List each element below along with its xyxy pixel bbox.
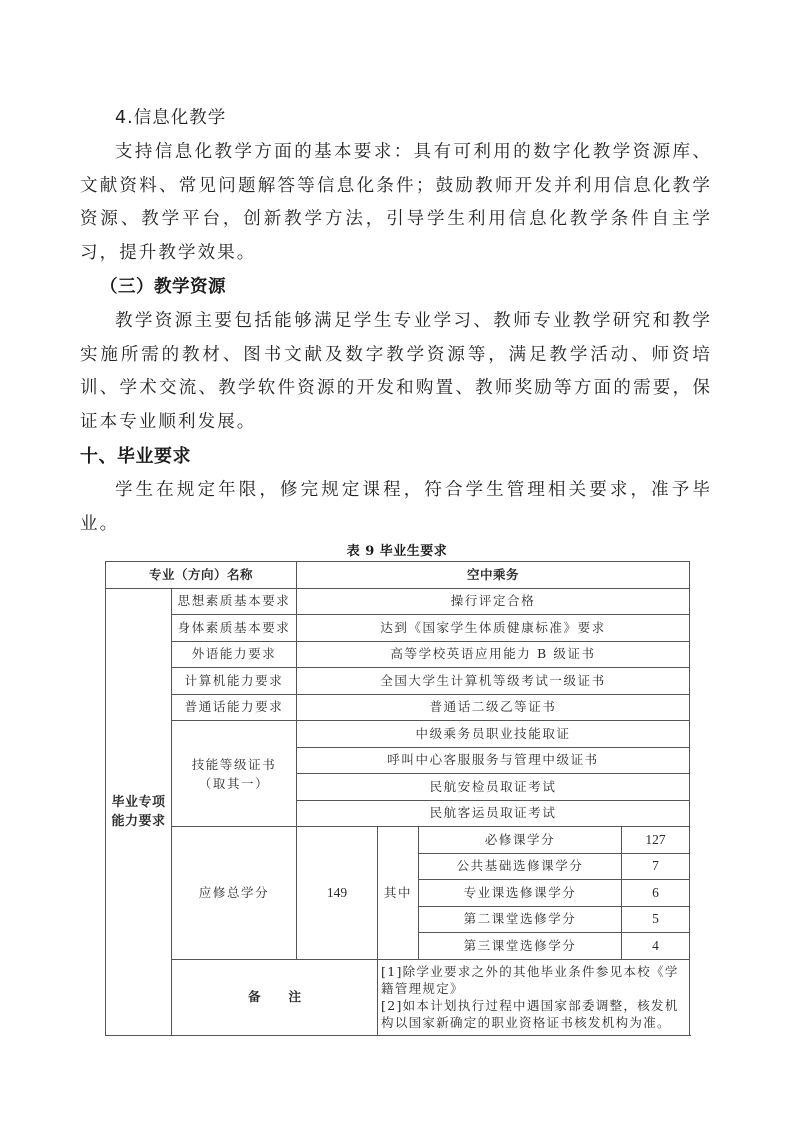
table-row: 毕业专项 能力要求 思想素质基本要求 操行评定合格: [106, 588, 690, 615]
skill-cert-option: 呼叫中心客服服务与管理中级证书: [297, 747, 690, 774]
credit-item-value: 4: [622, 933, 690, 960]
requirement-label: 身体素质基本要求: [172, 615, 297, 642]
table-caption: 表 9 毕业生要求: [105, 540, 689, 559]
paragraph-teaching-resources: 教学资源主要包括能够满足学生专业学习、教师专业教学研究和教学实施所需的教材、图书…: [80, 305, 712, 440]
credit-item-name: 必修课学分: [419, 827, 622, 854]
subsection-title-informatization: 4.信息化教学: [80, 102, 712, 136]
requirement-value: 达到《国家学生体质健康标准》要求: [297, 615, 690, 642]
group-label-line2: 能力要求: [111, 814, 165, 829]
credit-item-value: 5: [622, 906, 690, 933]
credits-label: 应修总学分: [172, 827, 297, 960]
credits-among-label: 其中: [378, 827, 419, 960]
table-row: 外语能力要求 高等学校英语应用能力 B 级证书: [106, 641, 690, 668]
graduation-requirements-table: 专业（方向）名称 空中乘务 毕业专项 能力要求 思想素质基本要求 操行评定合格 …: [105, 561, 690, 1036]
requirement-label: 计算机能力要求: [172, 668, 297, 695]
header-value: 空中乘务: [297, 562, 690, 589]
remark-line-2: [2]如本计划执行过程中遇国家部委调整，核发机构以国家新确定的职业资格证书核发机…: [381, 997, 687, 1031]
table-row: 应修总学分 149 其中 必修课学分 127: [106, 827, 690, 854]
table-row: 身体素质基本要求 达到《国家学生体质健康标准》要求: [106, 615, 690, 642]
document-body: 4.信息化教学 支持信息化教学方面的基本要求：具有可利用的数字化教学资源库、文献…: [80, 102, 712, 541]
requirement-label: 外语能力要求: [172, 641, 297, 668]
paragraph-graduation: 学生在规定年限，修完规定课程，符合学生管理相关要求，准予毕业。: [80, 474, 712, 542]
remark-line-1: [1]除学业要求之外的其他毕业条件参见本校《学籍管理规定》: [381, 963, 687, 997]
skill-cert-label: 技能等级证书 （取其一）: [172, 721, 297, 827]
credits-total: 149: [297, 827, 378, 960]
skill-cert-option: 民航安检员取证考试: [297, 774, 690, 801]
group-label-line1: 毕业专项: [111, 795, 165, 810]
remarks-row: 备注 [1]除学业要求之外的其他毕业条件参见本校《学籍管理规定》 [2]如本计划…: [106, 959, 690, 1035]
table-row: 计算机能力要求 全国大学生计算机等级考试一级证书: [106, 668, 690, 695]
skill-cert-label-line1: 技能等级证书: [192, 757, 277, 772]
requirement-value: 全国大学生计算机等级考试一级证书: [297, 668, 690, 695]
requirement-label: 普通话能力要求: [172, 694, 297, 721]
credit-item-name: 第三课堂选修学分: [419, 933, 622, 960]
requirement-value: 高等学校英语应用能力 B 级证书: [297, 641, 690, 668]
table-row: 普通话能力要求 普通话二级乙等证书: [106, 694, 690, 721]
remarks-text: [1]除学业要求之外的其他毕业条件参见本校《学籍管理规定》 [2]如本计划执行过…: [378, 959, 690, 1035]
credit-item-name: 专业课选修课学分: [419, 880, 622, 907]
requirement-value: 操行评定合格: [297, 588, 690, 615]
section-heading-teaching-resources: （三）教学资源: [80, 271, 712, 305]
skill-cert-option: 民航客运员取证考试: [297, 800, 690, 827]
credit-item-value: 7: [622, 853, 690, 880]
paragraph-informatization: 支持信息化教学方面的基本要求：具有可利用的数字化教学资源库、文献资料、常见问题解…: [80, 136, 712, 271]
requirement-label: 思想素质基本要求: [172, 588, 297, 615]
table-header-row: 专业（方向）名称 空中乘务: [106, 562, 690, 589]
skill-cert-option: 中级乘务员职业技能取证: [297, 721, 690, 748]
remarks-label: 备注: [172, 959, 378, 1035]
requirement-value: 普通话二级乙等证书: [297, 694, 690, 721]
chapter-heading-graduation: 十、毕业要求: [80, 440, 712, 474]
credit-item-value: 127: [622, 827, 690, 854]
credit-item-value: 6: [622, 880, 690, 907]
table-row: 技能等级证书 （取其一） 中级乘务员职业技能取证: [106, 721, 690, 748]
credit-item-name: 公共基础选修课学分: [419, 853, 622, 880]
credit-item-name: 第二课堂选修学分: [419, 906, 622, 933]
header-label: 专业（方向）名称: [106, 562, 297, 589]
skill-cert-label-line2: （取其一）: [199, 776, 270, 791]
group-label: 毕业专项 能力要求: [106, 588, 172, 1035]
